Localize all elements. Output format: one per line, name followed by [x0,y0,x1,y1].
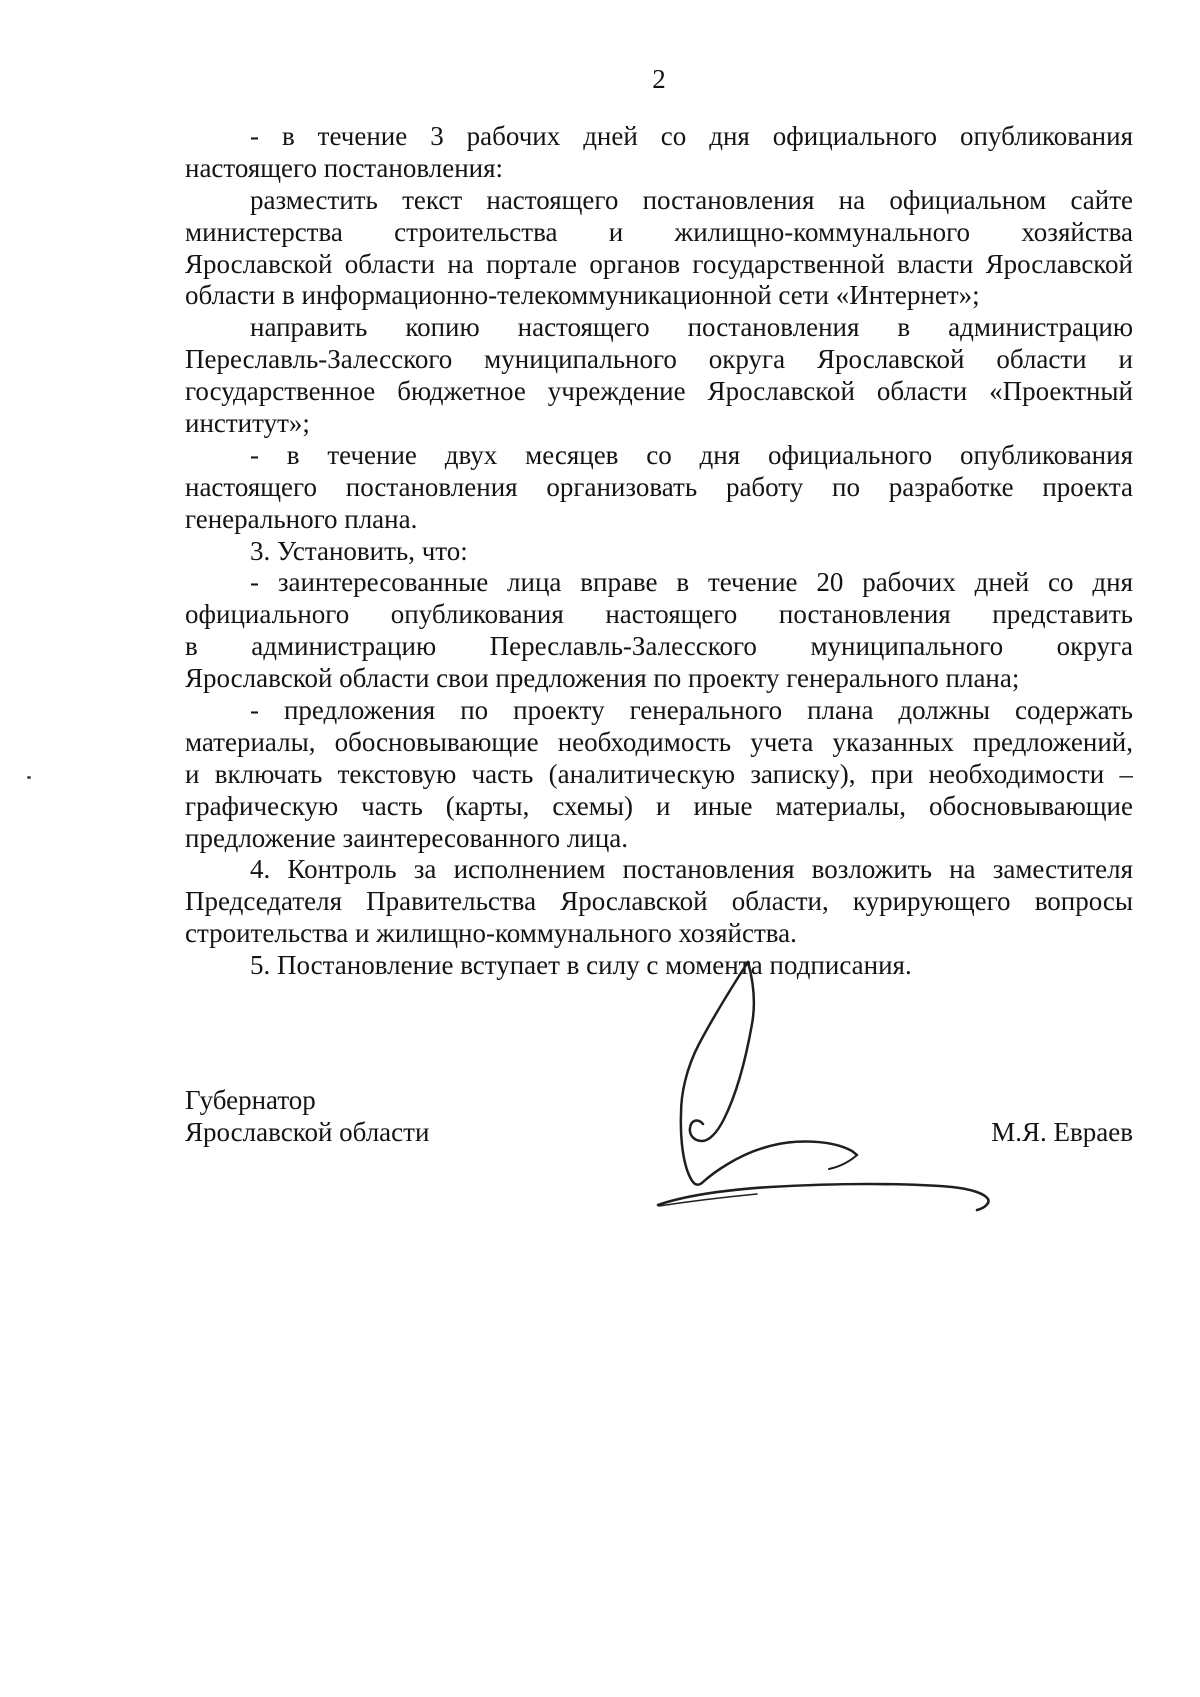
text-line: министерства строительства и жилищно-ком… [185,217,1133,249]
page-number: 2 [185,63,1133,95]
text-line: Председателя Правительства Ярославской о… [185,886,1133,918]
text-line: материалы, обосновывающие необходимость … [185,727,1133,759]
signatory-name: М.Я. Евраев [991,1117,1133,1149]
document-page: 2 - в течение 3 рабочих дней со дня офиц… [0,0,1200,1697]
signature-block: Губернатор Ярославской области М.Я. Евра… [185,1085,1133,1149]
body-text-block: 2 - в течение 3 рабочих дней со дня офиц… [185,63,1133,982]
paragraph: разместить текст настоящего постановлени… [185,185,1133,313]
text-line: - в течение двух месяцев со дня официаль… [185,440,1133,472]
paragraph: 4. Контроль за исполнением постановления… [185,854,1133,950]
text-line: - в течение 3 рабочих дней со дня официа… [185,121,1133,153]
paragraph: направить копию настоящего постановления… [185,312,1133,440]
paragraph: - в течение 3 рабочих дней со дня официа… [185,121,1133,185]
text-line: официального опубликования настоящего по… [185,599,1133,631]
text-line: направить копию настоящего постановления… [185,312,1133,344]
text-line: - предложения по проекту генерального пл… [185,695,1133,727]
text-line: 4. Контроль за исполнением постановления… [185,854,1133,886]
text-line: институт»; [185,408,1133,440]
text-line: 3. Установить, что: [185,536,1133,568]
paragraph: - в течение двух месяцев со дня официаль… [185,440,1133,536]
paragraph: - заинтересованные лица вправе в течение… [185,567,1133,695]
text-line: настоящего постановления организовать ра… [185,472,1133,504]
text-line: 5. Постановление вступает в силу с момен… [185,950,1133,982]
text-line: строительства и жилищно-коммунального хо… [185,918,1133,950]
text-line: Переславль-Залесского муниципального окр… [185,344,1133,376]
text-line: государственное бюджетное учреждение Яро… [185,376,1133,408]
text-line: предложение заинтересованного лица. [185,823,1133,855]
signatory-title-line-2: Ярославской области [185,1117,429,1149]
signatory-title-line-1: Губернатор [185,1085,1133,1117]
paragraph: 3. Установить, что: [185,536,1133,568]
body-paragraphs: - в течение 3 рабочих дней со дня официа… [185,121,1133,982]
text-line: Ярославской области свои предложения по … [185,663,1133,695]
paragraph: - предложения по проекту генерального пл… [185,695,1133,854]
text-line: разместить текст настоящего постановлени… [185,185,1133,217]
text-line: генерального плана. [185,504,1133,536]
text-line: настоящего постановления: [185,153,1133,185]
signature-underline-return-stroke [659,1194,757,1206]
text-line: Ярославской области на портале органов г… [185,249,1133,281]
text-line: - заинтересованные лица вправе в течение… [185,567,1133,599]
signature-underline-stroke [658,1184,988,1210]
signature-loop-left-stroke [681,962,857,1185]
text-line: и включать текстовую часть (аналитическу… [185,759,1133,791]
paragraph: 5. Постановление вступает в силу с момен… [185,950,1133,982]
text-line: графическую часть (карты, схемы) и иные … [185,791,1133,823]
scan-artifact-dot [27,776,31,779]
signature-arrow-return-stroke [829,1155,857,1169]
text-line: области в информационно-телекоммуникацио… [185,280,1133,312]
text-line: в администрацию Переславль-Залесского му… [185,631,1133,663]
